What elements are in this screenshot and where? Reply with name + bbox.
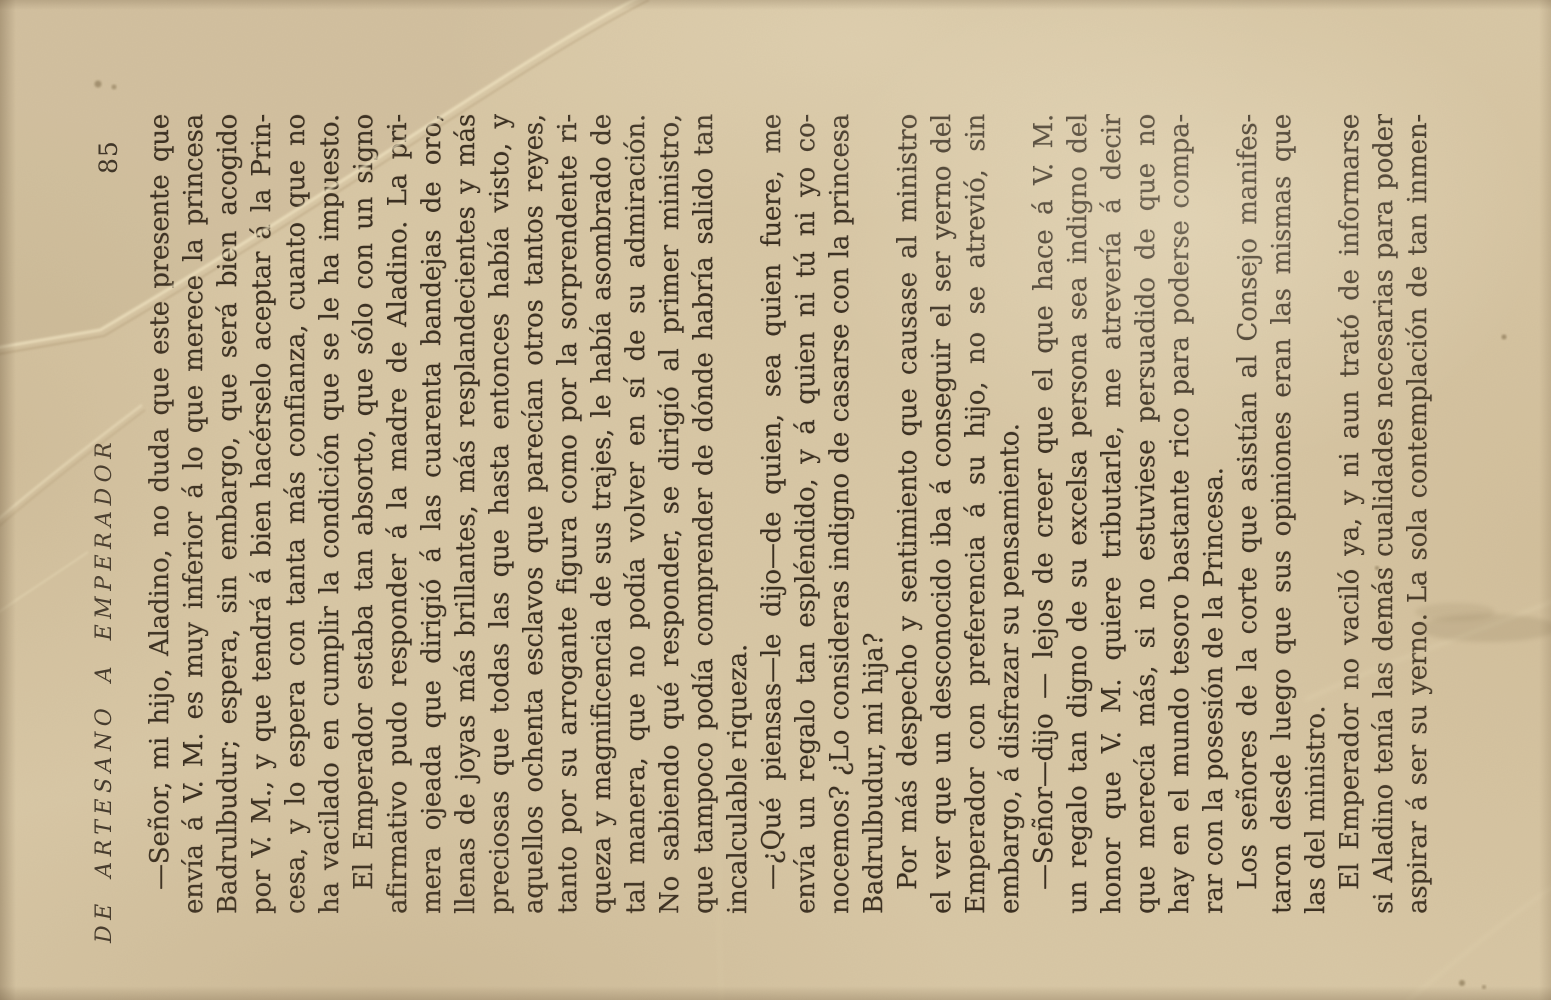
text-line: cesa, y lo espera con tanta más confianz… [279, 114, 313, 914]
text-line: Badrulbudur, mi hija? [857, 114, 891, 914]
running-header: DE ARTESANO A EMPERADOR [92, 437, 117, 943]
page-number: 85 [94, 140, 123, 174]
text-line: envía á V. M. es muy inferior á lo que m… [177, 114, 211, 914]
text-line: hay en el mundo tesoro bastante rico par… [1163, 114, 1197, 914]
text-line: un regalo tan digno de su excelsa person… [1061, 114, 1095, 914]
text-line: queza y magnificencia de sus trajes, le … [585, 114, 619, 914]
text-line: tal manera, que no podía volver en sí de… [619, 114, 653, 914]
text-line: las del ministro. [1299, 114, 1333, 914]
text-line: aquellos ochenta esclavos que parecían o… [517, 114, 551, 914]
text-line: que tampoco podía comprender de dónde ha… [687, 114, 721, 914]
text-line: nocemos? ¿Lo consideras indigno de casar… [823, 114, 857, 914]
text-line: Los señores de la corte que asistían al … [1231, 114, 1265, 914]
text-line: taron desde luego que sus opiniones eran… [1265, 114, 1299, 914]
text-line: el ver que un desconocido iba á consegui… [925, 114, 959, 914]
text-line: El Emperador no vaciló ya, y ni aun trat… [1333, 114, 1367, 914]
text-line: Emperador con preferencia á su hijo, no … [959, 114, 993, 914]
text-line: Badrulbudur; espera, sin embargo, que se… [211, 114, 245, 914]
text-line: por V. M., y que tendrá á bien hacérselo… [245, 114, 279, 914]
text-line: rar con la posesión de la Princesa. [1197, 114, 1231, 914]
text-line: preciosas que todas las que hasta entonc… [483, 114, 517, 914]
text-line: si Aladino tenía las demás cualidades ne… [1367, 114, 1401, 914]
text-line: —Señor, mi hijo, Aladino, no duda que es… [143, 114, 177, 914]
text-line: —¿Qué piensas—le dijo—de quien, sea quie… [755, 114, 789, 914]
text-line: que merecía más, si no estuviese persuad… [1129, 114, 1163, 914]
text-line: Por más despecho y sentimiento que causa… [891, 114, 925, 914]
text-line: embargo, á disfrazar su pensamiento. [993, 114, 1027, 914]
text-line: honor que V. M. quiere tributarle, me at… [1095, 114, 1129, 914]
text-line: aspirar á ser su yerno. La sola contempl… [1401, 114, 1435, 914]
text-line: No sabiendo qué responder, se dirigió al… [653, 114, 687, 914]
text-line: ha vacilado en cumplir la condición que … [313, 114, 347, 914]
text-line: —Señor—dijo — lejos de creer que el que … [1027, 114, 1061, 914]
text-line: El Emperador estaba tan absorto, que sól… [347, 114, 381, 914]
text-line: llenas de joyas más brillantes, más resp… [449, 114, 483, 914]
text-line: incalculable riqueza. [721, 114, 755, 914]
text-line: afirmativo pudo responder á la madre de … [381, 114, 415, 914]
text-line: envía un regalo tan espléndido, y á quie… [789, 114, 823, 914]
text-line: tanto por su arrogante figura como por l… [551, 114, 585, 914]
page-sheet: DE ARTESANO A EMPERADOR 85 —Señor, mi hi… [0, 0, 1551, 1000]
scanned-book-page: DE ARTESANO A EMPERADOR 85 —Señor, mi hi… [0, 0, 1551, 1000]
text-block: —Señor, mi hijo, Aladino, no duda que es… [143, 114, 1435, 914]
text-line: mera ojeada que dirigió á las cuarenta b… [415, 114, 449, 914]
